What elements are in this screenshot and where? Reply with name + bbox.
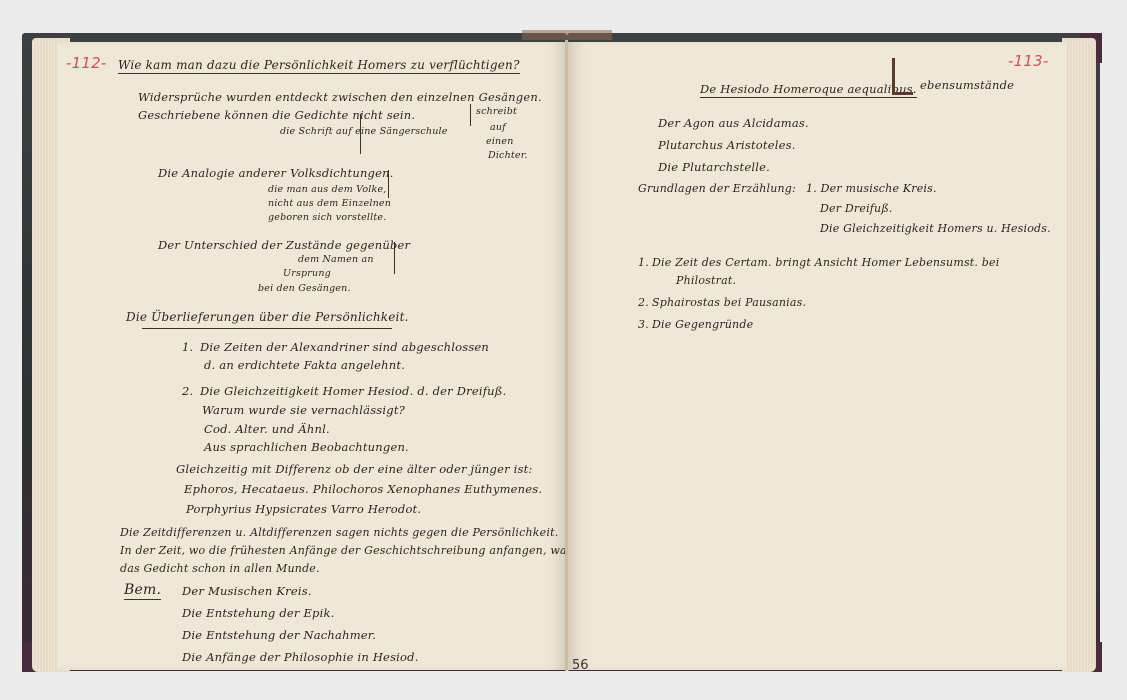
side-heading: ebensumstände xyxy=(920,78,1014,92)
list-item: Der Dreifuß. xyxy=(820,202,893,215)
text-line: Porphyrius Hypsicrates Varro Herodot. xyxy=(186,502,421,516)
text-line: Die Plutarchstelle. xyxy=(658,160,770,174)
brace-line xyxy=(394,242,395,274)
stamp-number: 56 xyxy=(572,658,589,673)
page-edges-right xyxy=(1062,38,1096,672)
brace-line xyxy=(388,170,389,198)
text-line: Der Agon aus Alcidamas. xyxy=(658,116,809,130)
list-item: d. an erdichtete Fakta angelehnt. xyxy=(204,358,405,372)
margin-note: schreibt xyxy=(476,106,517,117)
text-line: dem Namen an xyxy=(298,254,374,265)
bemerkung-label: Bem. xyxy=(124,582,161,600)
list-item: Aus sprachlichen Beobachtungen. xyxy=(204,440,409,454)
list-number: 2. xyxy=(182,384,193,398)
list-number: 1. xyxy=(638,256,649,269)
text-line: Der Unterschied der Zustände gegenüber xyxy=(158,238,410,252)
list-item: Sphairostas bei Pausanias. xyxy=(652,296,806,309)
list-item: Die Gleichzeitigkeit Homer Hesiod. d. de… xyxy=(200,384,507,398)
list-item: Die Gegengründe xyxy=(652,318,753,331)
text-line: die Schrift auf eine Sängerschule xyxy=(280,126,448,137)
right-heading: De Hesiodo Homeroque aequalibus. xyxy=(700,82,917,98)
text-line: Ursprung xyxy=(283,268,331,279)
section-heading: Die Überlieferungen über die Persönlichk… xyxy=(126,310,409,324)
underline xyxy=(142,328,392,329)
list-item: Philostrat. xyxy=(676,274,736,287)
folio-number-right: -113- xyxy=(1008,52,1048,70)
margin-bar xyxy=(470,104,471,126)
list-item: Die Entstehung der Nachahmer. xyxy=(182,628,376,642)
list-item: Die Gleichzeitigkeit Homers u. Hesiods. xyxy=(820,222,1051,235)
paragraph-line: In der Zeit, wo die frühesten Anfänge de… xyxy=(120,544,572,557)
text-line: bei den Gesängen. xyxy=(258,283,351,294)
list-item: Die Zeiten der Alexandriner sind abgesch… xyxy=(200,340,489,354)
text-line: Geschriebene können die Gedichte nicht s… xyxy=(138,108,415,122)
initial-L xyxy=(892,58,913,95)
text-line: nicht aus dem Einzelnen xyxy=(268,198,391,209)
margin-note: auf xyxy=(490,122,506,133)
text-line: Widersprüche wurden entdeckt zwischen de… xyxy=(138,90,542,104)
folio-number-left: -112- xyxy=(66,54,106,72)
notebook: -112- Wie kam man dazu die Persönlichkei… xyxy=(22,30,1102,678)
text-line: Plutarchus Aristoteles. xyxy=(658,138,796,152)
list-item: Der Musischen Kreis. xyxy=(182,584,312,598)
text-line: Die Analogie anderer Volksdichtungen. xyxy=(158,166,394,180)
left-page: -112- Wie kam man dazu die Persönlichkei… xyxy=(58,42,566,670)
list-number: 2. xyxy=(638,296,649,309)
paragraph-line: das Gedicht schon in allen Munde. xyxy=(120,562,320,575)
margin-note: Dichter. xyxy=(488,150,528,161)
list-item: Die Zeit des Certam. bringt Ansicht Home… xyxy=(652,256,999,269)
paragraph-line: Die Zeitdifferenzen u. Altdifferenzen sa… xyxy=(120,526,558,539)
list-item: 1. Der musische Kreis. xyxy=(806,182,937,195)
list-number: 3. xyxy=(638,318,649,331)
list-item: Die Anfänge der Philosophie in Hesiod. xyxy=(182,650,419,664)
brace-line xyxy=(360,114,361,154)
left-heading: Wie kam man dazu die Persönlichkeit Home… xyxy=(118,58,520,74)
text-line: Ephoros, Hecataeus. Philochoros Xenophan… xyxy=(184,482,542,496)
spine-damage xyxy=(522,30,612,40)
margin-note: einen xyxy=(486,136,514,147)
text-line: geboren sich vorstellte. xyxy=(268,212,386,223)
text-line: Gleichzeitig mit Differenz ob der eine ä… xyxy=(176,462,533,476)
list-item: Warum wurde sie vernachlässigt? xyxy=(202,403,405,417)
right-page: -113- De Hesiodo Homeroque aequalibus. e… xyxy=(568,42,1066,670)
list-item: Die Entstehung der Epik. xyxy=(182,606,335,620)
text-line: die man aus dem Volke, xyxy=(268,184,387,195)
grundlagen-label: Grundlagen der Erzählung: xyxy=(638,182,796,195)
list-item: Cod. Alter. und Ähnl. xyxy=(204,422,330,436)
list-number: 1. xyxy=(182,340,193,354)
